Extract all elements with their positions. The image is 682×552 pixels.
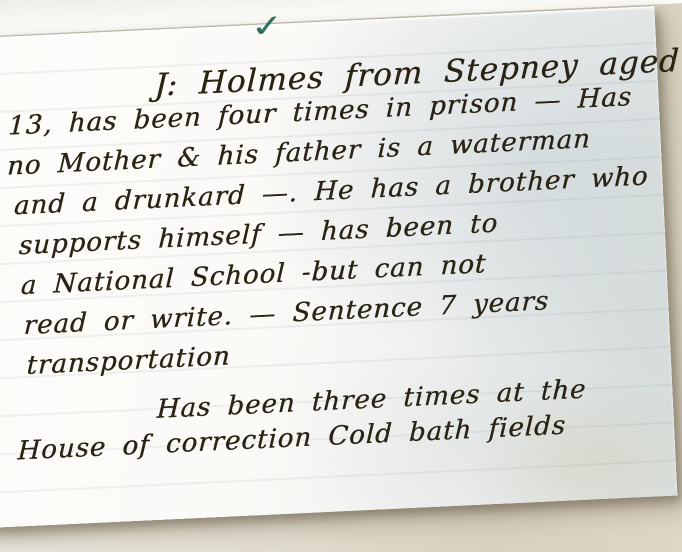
handwriting-block: J: Holmes from Stepney aged13, has been … <box>0 6 677 528</box>
checkmark-icon: ✓ <box>249 8 286 45</box>
handwritten-text: transportation <box>26 336 232 386</box>
manuscript-page: J: Holmes from Stepney aged13, has been … <box>0 5 677 528</box>
scanned-document: J: Holmes from Stepney aged13, has been … <box>0 0 682 552</box>
